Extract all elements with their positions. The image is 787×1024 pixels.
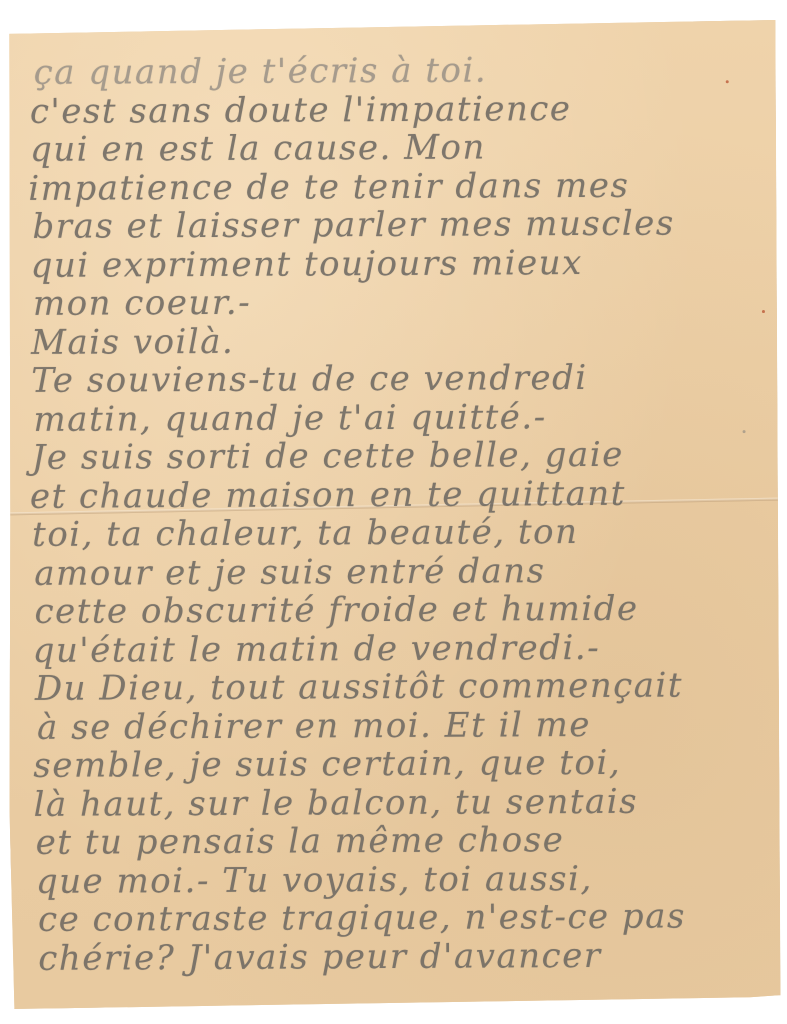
- letter-line: qu'était le matin de vendredi.-: [33, 627, 779, 669]
- letter-line: Te souviens-tu de ce vendredi: [31, 358, 777, 400]
- letter-line: ça quand je t'écris à toi.: [34, 50, 776, 92]
- letter-line: c'est sans doute l'impatience: [30, 88, 776, 130]
- letter-line: et chaude maison en te quittant: [30, 473, 778, 515]
- letter-line: chérie? J'avais peur d'avancer: [38, 935, 780, 977]
- letter-line: cette obscurité froide et humide: [34, 589, 778, 631]
- letter-line: ce contraste tragique, n'est-ce pas: [38, 897, 780, 939]
- letter-line: semble, je suis certain, que toi,: [33, 743, 779, 785]
- letter-line: matin, quand je t'ai quitté.-: [33, 396, 777, 438]
- letter-line: toi, ta chaleur, ta beauté, ton: [32, 512, 778, 554]
- handwritten-text-block: ça quand je t'écris à toi. c'est sans do…: [26, 50, 781, 978]
- letter-line: à se déchirer en moi. Et il me: [37, 704, 779, 746]
- letter-line: Mais voilà.: [31, 319, 777, 361]
- letter-line: Du Dieu, tout aussitôt commençait: [35, 666, 779, 708]
- letter-line: qui expriment toujours mieux: [31, 242, 777, 284]
- letter-line: mon coeur.-: [33, 281, 777, 323]
- letter-line: impatience de te tenir dans mes: [28, 165, 776, 207]
- letter-line: que moi.- Tu voyais, toi aussi,: [36, 858, 780, 900]
- letter-line: Je suis sorti de cette belle, gaie: [32, 435, 778, 477]
- letter-line: amour et je suis entré dans: [34, 550, 778, 592]
- letter-line: bras et laisser parler mes muscles: [32, 204, 776, 246]
- letter-page: ça quand je t'écris à toi. c'est sans do…: [5, 20, 780, 1009]
- letter-line: là haut, sur le balcon, tu sentais: [33, 781, 779, 823]
- letter-line: et tu pensais la même chose: [36, 820, 780, 862]
- letter-line: qui en est la cause. Mon: [30, 127, 776, 169]
